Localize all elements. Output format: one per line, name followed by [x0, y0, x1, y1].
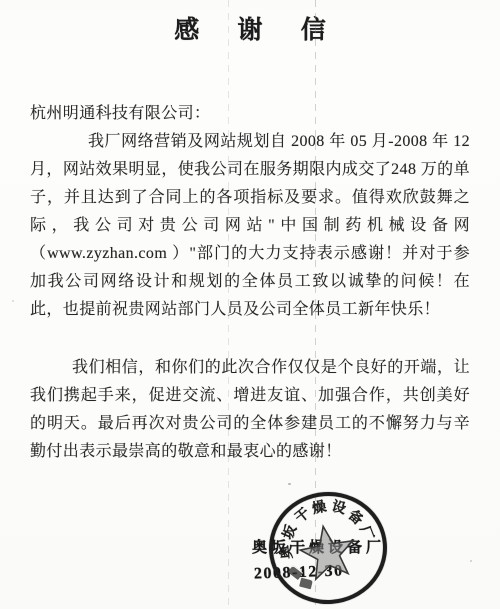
signature-date: 2008-12-30: [254, 562, 344, 583]
letter-body: 杭州明通科技有限公司： 我厂网络营销及网站规划自 2008 年 05 月-200…: [30, 100, 470, 466]
seal-arc-char: 设: [330, 496, 349, 519]
seal-arc-char: 干: [290, 503, 313, 527]
scan-speck: [12, 300, 14, 302]
letter-page: 感 谢 信 杭州明通科技有限公司： 我厂网络营销及网站规划自 2008 年 05…: [0, 0, 500, 609]
paragraph-1: 我厂网络营销及网站规划自 2008 年 05 月-2008 年 12 月，网站效…: [30, 128, 470, 324]
signature-company-name: 奥坂干燥设备厂: [252, 536, 385, 557]
salutation-line: 杭州明通科技有限公司：: [30, 100, 470, 128]
paragraph-2: 我们相信，和你们的此次合作仅仅是个良好的开端，让我们携起手来，促进交流、增进友谊…: [30, 354, 470, 466]
scan-speck: [288, 483, 291, 485]
scan-speck: [470, 560, 472, 562]
seal-arc-char: 备: [344, 505, 368, 529]
letter-title: 感 谢 信: [0, 10, 500, 46]
seal-arc-char: 燥: [310, 496, 328, 518]
